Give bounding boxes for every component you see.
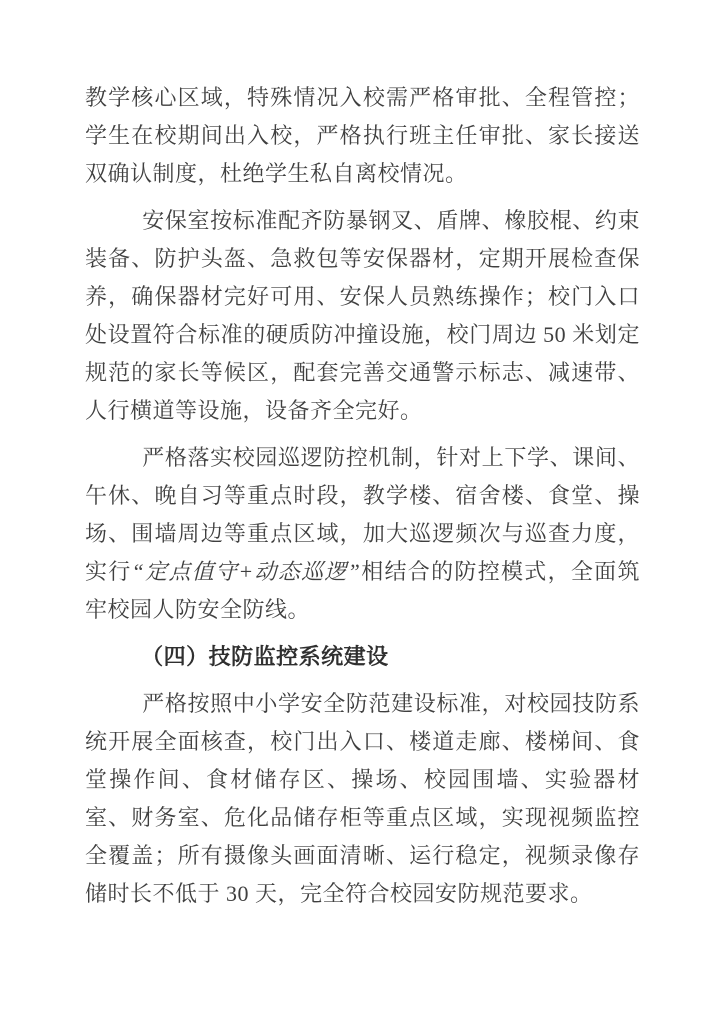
paragraph-security-equipment: 安保室按标准配齐防暴钢叉、盾牌、橡胶棍、约束装备、防护头盔、急救包等安保器材，定… (85, 202, 640, 430)
section-heading-4: （四）技防监控系统建设 (85, 638, 640, 676)
quoted-phrase: “定点值守+动态巡逻” (132, 559, 361, 584)
paragraph-patrol-mechanism: 严格落实校园巡逻防控机制，针对上下学、课间、午休、晚自习等重点时段，教学楼、宿舍… (85, 439, 640, 629)
paragraph-tech-surveillance: 严格按照中小学安全防范建设标准，对校园技防系统开展全面核查，校门出入口、楼道走廊… (85, 685, 640, 913)
paragraph-access-control: 教学核心区域，特殊情况入校需严格审批、全程管控；学生在校期间出入校，严格执行班主… (85, 79, 640, 193)
document-page: 教学核心区域，特殊情况入校需严格审批、全程管控；学生在校期间出入校，严格执行班主… (0, 0, 724, 1024)
